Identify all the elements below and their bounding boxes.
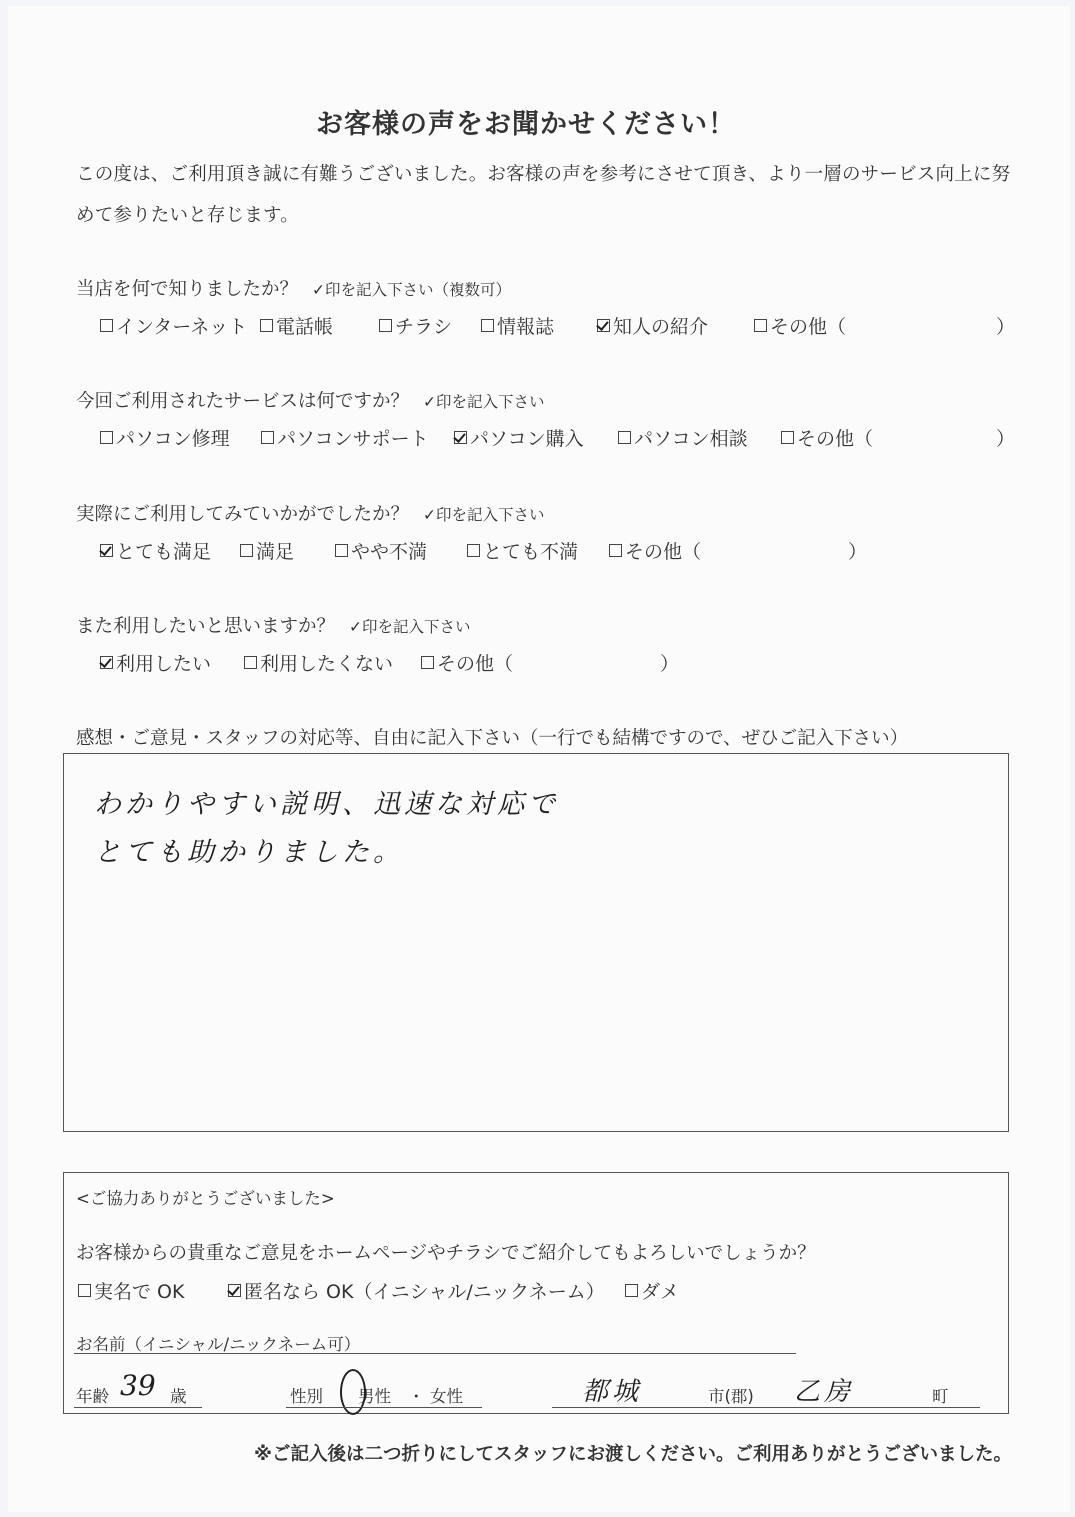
gender-underline [286, 1407, 482, 1408]
option-will-use-again[interactable]: 利用したい [100, 649, 211, 676]
checkbox[interactable] [467, 544, 480, 557]
age-value[interactable]: 39 [120, 1369, 156, 1402]
option-other[interactable]: その他（ [781, 424, 873, 451]
option-internet[interactable]: インターネット [100, 312, 247, 339]
question-2-label: 今回ご利用されたサービスは何ですか？ [76, 391, 409, 412]
checkbox[interactable] [625, 1284, 638, 1297]
checkbox[interactable] [781, 431, 794, 444]
question-3-options: とても満足 満足 やや不満 とても不満 その他（ ） [100, 537, 1020, 563]
option-very-dissatisfied[interactable]: とても不満 [467, 537, 578, 564]
comments-label: 感想・ご意見・スタッフの対応等、自由に記入下さい（一行でも結構ですので、ぜひご記… [76, 724, 908, 750]
close-paren: ） [996, 312, 1015, 339]
option-other[interactable]: その他（ [421, 649, 513, 676]
checkbox[interactable] [481, 319, 494, 332]
age-label: 年齢 [76, 1383, 109, 1407]
town-unit: 町 [932, 1383, 949, 1407]
question-4: また利用したいと思いますか？✓印を記入下さい [76, 612, 471, 638]
checkbox-checked[interactable] [100, 656, 113, 669]
option-pc-consult[interactable]: パソコン相談 [618, 424, 748, 451]
checkbox[interactable] [100, 431, 113, 444]
checkbox[interactable] [421, 656, 434, 669]
age-unit: 歳 [170, 1383, 187, 1407]
name-label: お名前（イニシャル/ニックネーム可） [76, 1331, 360, 1355]
checkbox[interactable] [100, 319, 113, 332]
close-paren: ） [996, 424, 1015, 451]
question-4-options: 利用したい 利用したくない その他（ ） [100, 649, 1020, 675]
gender-label: 性別 [290, 1383, 323, 1407]
closing-note: ※ご記入後は二つ折りにしてスタッフにお渡しください。ご利用ありがとうございました… [254, 1440, 1012, 1466]
handwritten-comment-line1: わかりやすい説明、迅速な対応で [94, 782, 559, 821]
handwritten-comment-line2: とても助かりました。 [94, 830, 404, 869]
option-will-not-use[interactable]: 利用したくない [244, 649, 393, 676]
checkbox[interactable] [260, 319, 273, 332]
permission-question: お客様からの貴重なご意見をホームページやチラシでご紹介してもよろしいでしょうか？ [76, 1239, 816, 1265]
checkbox[interactable] [78, 1284, 91, 1297]
checkbox[interactable] [240, 544, 253, 557]
option-decline[interactable]: ダメ [625, 1277, 679, 1304]
option-anonymous-ok[interactable]: 匿名なら OK（イニシャル/ニックネーム） [228, 1277, 605, 1304]
option-flyer[interactable]: チラシ [379, 312, 452, 339]
question-3: 実際にご利用してみていかがでしたか？✓印を記入下さい [76, 500, 545, 526]
option-very-satisfied[interactable]: とても満足 [100, 537, 211, 564]
question-3-label: 実際にご利用してみていかがでしたか？ [76, 504, 409, 525]
name-underline [74, 1353, 796, 1354]
option-other[interactable]: その他（ [754, 312, 846, 339]
question-3-hint: ✓印を記入下さい [423, 506, 545, 524]
option-pc-purchase[interactable]: パソコン購入 [454, 424, 584, 451]
question-1-hint: ✓印を記入下さい（複数可） [312, 281, 511, 299]
checkbox-checked[interactable] [100, 544, 113, 557]
city-value[interactable]: 都城 [582, 1371, 642, 1408]
checkbox-checked[interactable] [454, 431, 467, 444]
checkbox[interactable] [335, 544, 348, 557]
consent-section: <ご協力ありがとうございました> お客様からの貴重なご意見をホームページやチラシ… [63, 1172, 1009, 1414]
checkbox[interactable] [379, 319, 392, 332]
option-real-name-ok[interactable]: 実名で OK [78, 1277, 184, 1304]
option-magazine[interactable]: 情報誌 [481, 312, 554, 339]
checkbox-checked[interactable] [597, 319, 610, 332]
checkbox[interactable] [261, 431, 274, 444]
question-1-label: 当店を何で知りましたか？ [76, 279, 298, 300]
question-1-options: インターネット 電話帳 チラシ 情報誌 知人の紹介 その他（ ） [100, 312, 1020, 338]
checkbox[interactable] [609, 544, 622, 557]
question-2-hint: ✓印を記入下さい [423, 393, 545, 411]
checkbox[interactable] [754, 319, 767, 332]
close-paren: ） [848, 537, 867, 564]
gender-selection-circle [340, 1369, 366, 1415]
option-other[interactable]: その他（ [609, 537, 701, 564]
name-field[interactable] [354, 1331, 784, 1351]
thanks-text: <ご協力ありがとうございました> [76, 1185, 335, 1209]
comments-textarea[interactable]: わかりやすい説明、迅速な対応で とても助かりました。 [63, 753, 1009, 1132]
question-4-hint: ✓印を記入下さい [349, 618, 471, 636]
town-value[interactable]: 乙房 [794, 1371, 854, 1408]
intro-text-line2: めて参りたいと存じます。 [76, 201, 299, 227]
checkbox[interactable] [244, 656, 257, 669]
gender-separator: ・ [408, 1383, 425, 1407]
gender-female[interactable]: 女性 [430, 1383, 463, 1407]
option-phonebook[interactable]: 電話帳 [260, 312, 333, 339]
close-paren: ） [660, 649, 679, 676]
checkbox[interactable] [618, 431, 631, 444]
city-unit: 市(郡) [708, 1383, 754, 1407]
option-satisfied[interactable]: 満足 [240, 537, 294, 564]
option-somewhat-dissatisfied[interactable]: やや不満 [335, 537, 427, 564]
option-pc-support[interactable]: パソコンサポート [261, 424, 429, 451]
option-referral[interactable]: 知人の紹介 [597, 312, 708, 339]
question-2-options: パソコン修理 パソコンサポート パソコン購入 パソコン相談 その他（ ） [100, 424, 1020, 450]
page-title: お客様の声をお聞かせください！ [316, 102, 736, 141]
intro-text-line1: この度は、ご利用頂き誠に有難うございました。お客様の声を参考にさせて頂き、より一… [76, 160, 1010, 186]
question-1: 当店を何で知りましたか？✓印を記入下さい（複数可） [76, 275, 511, 301]
question-2: 今回ご利用されたサービスは何ですか？✓印を記入下さい [76, 387, 545, 413]
option-pc-repair[interactable]: パソコン修理 [100, 424, 230, 451]
checkbox-checked[interactable] [228, 1284, 241, 1297]
address-underline [552, 1407, 980, 1408]
age-underline [74, 1407, 202, 1408]
question-4-label: また利用したいと思いますか？ [76, 616, 335, 637]
